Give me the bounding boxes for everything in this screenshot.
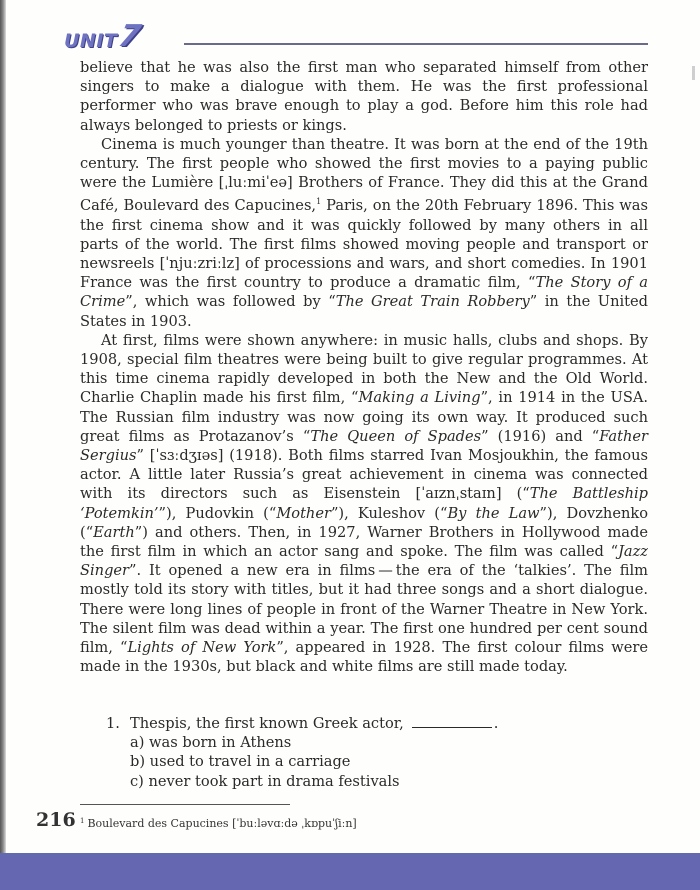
film-title: Earth <box>93 524 135 541</box>
film-title: The Great Train Robbery <box>336 293 530 310</box>
header-rule <box>184 43 648 45</box>
footnote-rule <box>80 804 290 805</box>
bottom-color-band <box>0 853 700 890</box>
film-title: Mother <box>276 505 331 522</box>
footnote-mark: 1 <box>80 817 84 825</box>
option-c: c) never took part in drama festivals <box>106 772 498 791</box>
answer-blank <box>412 714 492 728</box>
question-text: Thespis, the first known Greek actor, <box>130 714 404 733</box>
question-number: 1. <box>106 714 130 733</box>
page-binding-edge <box>0 0 6 890</box>
option-a: a) was born in Athens <box>106 733 498 752</box>
paragraph-2: Cinema is much younger than theatre. It … <box>80 135 648 331</box>
footnote-text: Boulevard des Capucines [ˈbuːləvɑːdə ˌkɒ… <box>87 817 356 830</box>
unit-logo: UNIT 7 <box>64 22 140 52</box>
article-text: believe that he was also the first man w… <box>80 58 648 677</box>
question-1: 1. Thespis, the first known Greek actor,… <box>106 714 498 791</box>
paragraph-3: At first, films were shown anywhere: in … <box>80 331 648 677</box>
unit-number: 7 <box>116 22 143 52</box>
question-end: . <box>494 714 499 733</box>
film-title: Lights of New York <box>127 639 276 656</box>
scan-mark <box>692 66 695 80</box>
option-b: b) used to travel in a carriage <box>106 752 498 771</box>
film-title: By the Law <box>447 505 539 522</box>
film-title: The Queen of Spades <box>310 428 481 445</box>
page-number: 216 <box>36 808 76 832</box>
paragraph-1: believe that he was also the first man w… <box>80 58 648 135</box>
footnote: 1Boulevard des Capucines [ˈbuːləvɑːdə ˌk… <box>80 813 357 832</box>
unit-word: UNIT <box>64 30 117 52</box>
film-title: Making a Living <box>358 389 480 406</box>
question-stem: 1. Thespis, the first known Greek actor,… <box>106 714 498 733</box>
